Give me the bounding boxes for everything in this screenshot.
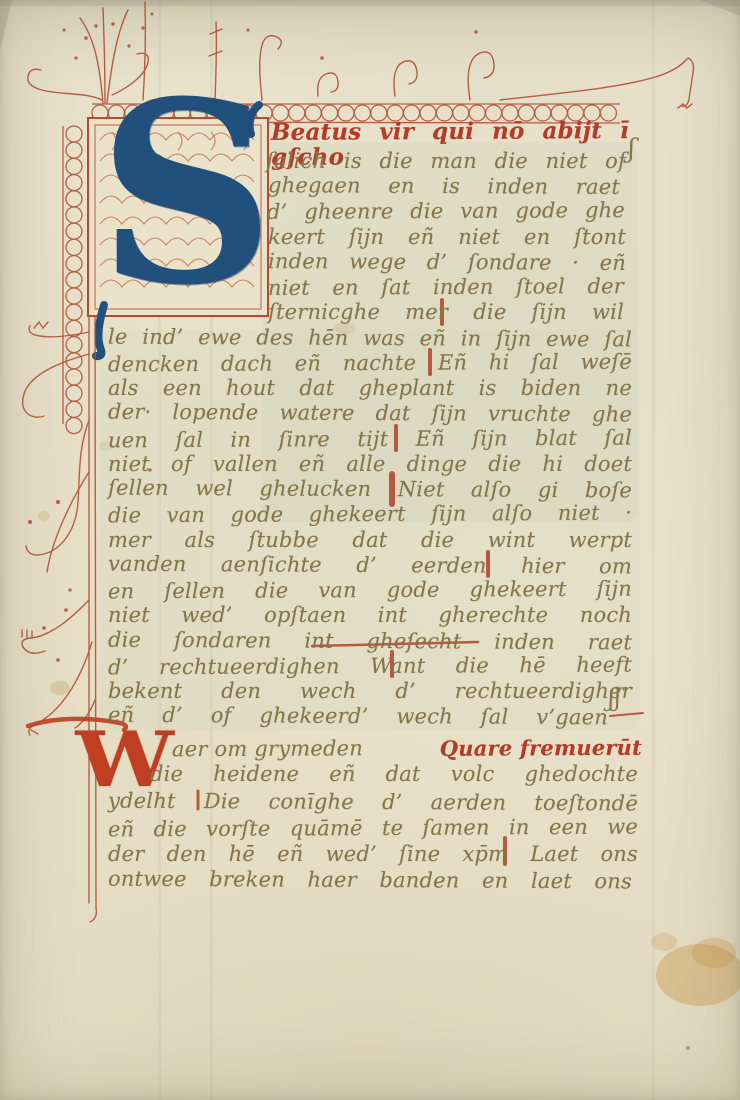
text-line: keert ſijn eñ niet en ſtont [268, 225, 626, 250]
text-line: ſellen wel ghelucken Niet alſo gi boſe [108, 476, 632, 504]
text-line: le ind’ ewe des hēn was eñ in ſijn ewe ſ… [108, 325, 632, 353]
text-line: der den hē eñ wed’ ſine xp̄m Laet ons [108, 842, 638, 867]
text-line: d’ rechtueerdighen Want die hē heeft [108, 653, 632, 681]
text-line: ydelht Die conīghe d’ aerden toeſtondē [108, 789, 638, 817]
margin-mark: ʃʃ [608, 684, 621, 712]
text-line: die ſondaren int gheſecht inden raet [108, 628, 632, 656]
text-line: die van gode ghekeert ſijn alſo niet · [108, 501, 632, 529]
page-corner-shadow [0, 0, 12, 50]
text-line: aer om grymedenQuare fremuerūt [172, 735, 642, 762]
text-line: die heidene eñ dat volc ghedochte [150, 762, 638, 787]
text-line: ghegaen en is inden raet [268, 173, 620, 200]
text-line: dencken dach eñ nachte Eñ hi ſal weſē [108, 350, 632, 378]
text-line: niet of vallen eñ alle dinge die hi doet [108, 452, 632, 477]
text-line: en ſellen die van gode ghekeert ſijn [108, 577, 632, 605]
illuminated-initial-s: S [98, 68, 275, 318]
page-edge-shadow [0, 0, 740, 6]
manuscript-page: S W Beatus vir qui nō abijt ī gſchoſalic… [0, 0, 740, 1100]
text-line: uen ſal in ſinre tijt Eñ ſijn blat ſal [108, 426, 632, 454]
text-line: ſalich is die man die niet of [266, 149, 626, 174]
text-line: als een hout dat gheplant is biden ne [108, 376, 632, 401]
text-line: d’ gheenre die van gode ghe [267, 198, 625, 225]
text-line: eñ die vorſte quāmē te ſamen in een we [108, 815, 638, 843]
text-line: ontwee breken haer banden en laet ons [108, 867, 632, 895]
text-line: mer als ſtubbe dat die wint werpt [108, 528, 632, 553]
margin-mark: ʃ [628, 134, 635, 164]
text-line: vanden aenſichte d’ eerden hier om [108, 552, 632, 580]
rubric-segment: Quare fremuerūt [440, 735, 642, 761]
text-line: inden wege d’ ſondare · eñ [268, 249, 626, 276]
text-line: der· lopende watere dat ſijn vruchte ghe [108, 400, 632, 428]
text-line: eñ d’ of ghekeerd’ wech ſal v’gaen [108, 703, 608, 731]
text-line: ſternicghe mer die ſijn wil [268, 300, 624, 325]
text-line: bekent den wech d’ rechtueerdigher [108, 679, 632, 704]
text-segment: aer om grymeden [172, 736, 363, 762]
text-line: niet wed’ opſtaen int gherechte noch [108, 603, 632, 628]
text-line: niet en ſat inden ſtoel der [268, 274, 624, 301]
